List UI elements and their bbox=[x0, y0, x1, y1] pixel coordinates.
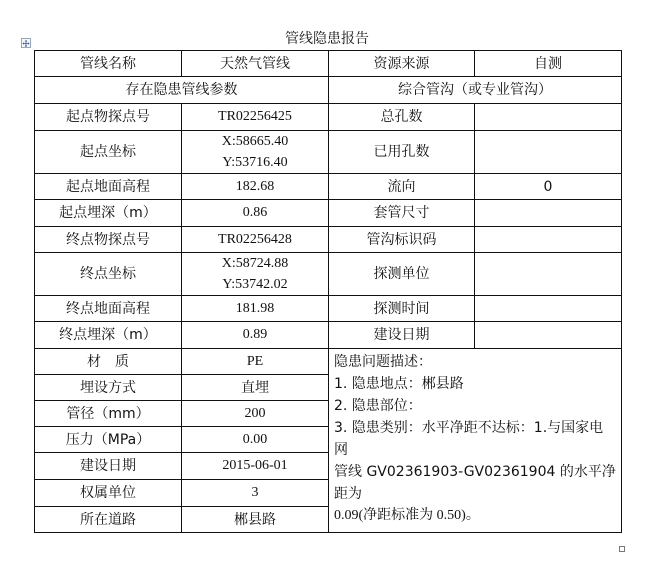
trench-build-date-value bbox=[475, 322, 622, 349]
trench-id-label: 管沟标识码 bbox=[329, 227, 475, 253]
burial-method-label: 埋设方式 bbox=[35, 375, 182, 401]
end-coord-value: X:58724.88 Y:53742.02 bbox=[182, 253, 329, 296]
trench-id-value bbox=[475, 227, 622, 253]
start-coord-x: X:58665.40 bbox=[182, 131, 328, 152]
start-elevation-label: 起点地面高程 bbox=[35, 174, 182, 200]
used-holes-label: 已用孔数 bbox=[329, 131, 475, 174]
casing-size-label: 套管尺寸 bbox=[329, 200, 475, 227]
survey-time-value bbox=[475, 296, 622, 322]
description-heading: 隐患问题描述： bbox=[334, 351, 617, 373]
end-elevation-label: 终点地面高程 bbox=[35, 296, 182, 322]
pressure-label: 压力（MPa） bbox=[35, 427, 182, 453]
start-coord-label: 起点坐标 bbox=[35, 131, 182, 174]
source-label: 资源来源 bbox=[329, 51, 475, 77]
road-value: 郴县路 bbox=[182, 507, 329, 533]
hazard-description: 隐患问题描述： 1. 隐患地点：郴县路 2. 隐患部位： 3. 隐患类别：水平净… bbox=[329, 349, 622, 533]
hazard-report-table: 管线名称 天然气管线 资源来源 自测 存在隐患管线参数 综合管沟（或专业管沟） … bbox=[34, 50, 622, 533]
table-row: 终点物探点号 TR02256428 管沟标识码 bbox=[35, 227, 622, 253]
table-row: 起点坐标 X:58665.40 Y:53716.40 已用孔数 bbox=[35, 131, 622, 174]
survey-time-label: 探测时间 bbox=[329, 296, 475, 322]
build-date-label: 建设日期 bbox=[35, 453, 182, 480]
end-coord-y: Y:53742.02 bbox=[182, 274, 328, 295]
table-row: 材 质 PE 隐患问题描述： 1. 隐患地点：郴县路 2. 隐患部位： 3. 隐… bbox=[35, 349, 622, 375]
table-row: 存在隐患管线参数 综合管沟（或专业管沟） bbox=[35, 77, 622, 104]
owner-unit-label: 权属单位 bbox=[35, 480, 182, 507]
flow-direction-label: 流向 bbox=[329, 174, 475, 200]
description-location: 1. 隐患地点：郴县路 bbox=[334, 373, 617, 395]
survey-unit-label: 探测单位 bbox=[329, 253, 475, 296]
end-depth-label: 终点埋深（m） bbox=[35, 322, 182, 349]
table-row: 起点埋深（m） 0.86 套管尺寸 bbox=[35, 200, 622, 227]
pressure-value: 0.00 bbox=[182, 427, 329, 453]
pipeline-name-value: 天然气管线 bbox=[182, 51, 329, 77]
road-label: 所在道路 bbox=[35, 507, 182, 533]
start-coord-value: X:58665.40 Y:53716.40 bbox=[182, 131, 329, 174]
end-point-id-value: TR02256428 bbox=[182, 227, 329, 253]
description-distance: 0.09(净距标准为 0.50)。 bbox=[334, 505, 617, 527]
burial-method-value: 直埋 bbox=[182, 375, 329, 401]
table-move-handle[interactable] bbox=[21, 38, 31, 48]
table-row: 管线名称 天然气管线 资源来源 自测 bbox=[35, 51, 622, 77]
table-row: 起点物探点号 TR02256425 总孔数 bbox=[35, 104, 622, 131]
start-depth-label: 起点埋深（m） bbox=[35, 200, 182, 227]
section-header-trench: 综合管沟（或专业管沟） bbox=[329, 77, 622, 104]
source-value: 自测 bbox=[475, 51, 622, 77]
table-row: 终点地面高程 181.98 探测时间 bbox=[35, 296, 622, 322]
diameter-value: 200 bbox=[182, 401, 329, 427]
description-part: 2. 隐患部位： bbox=[334, 395, 617, 417]
trench-build-date-label: 建设日期 bbox=[329, 322, 475, 349]
owner-unit-value: 3 bbox=[182, 480, 329, 507]
description-category: 3. 隐患类别：水平净距不达标：1.与国家电网 bbox=[334, 417, 617, 461]
material-label: 材 质 bbox=[35, 349, 182, 375]
survey-unit-value bbox=[475, 253, 622, 296]
document-title: 管线隐患报告 bbox=[0, 30, 654, 48]
table-row: 起点地面高程 182.68 流向 0 bbox=[35, 174, 622, 200]
table-resize-handle[interactable] bbox=[619, 546, 625, 552]
table-row: 终点坐标 X:58724.88 Y:53742.02 探测单位 bbox=[35, 253, 622, 296]
table-row: 终点埋深（m） 0.89 建设日期 bbox=[35, 322, 622, 349]
start-point-id-value: TR02256425 bbox=[182, 104, 329, 131]
build-date-value: 2015-06-01 bbox=[182, 453, 329, 480]
end-point-id-label: 终点物探点号 bbox=[35, 227, 182, 253]
total-holes-value bbox=[475, 104, 622, 131]
pipeline-name-label: 管线名称 bbox=[35, 51, 182, 77]
end-coord-label: 终点坐标 bbox=[35, 253, 182, 296]
flow-direction-value: 0 bbox=[475, 174, 622, 200]
start-coord-y: Y:53716.40 bbox=[182, 152, 328, 173]
end-coord-x: X:58724.88 bbox=[182, 253, 328, 274]
total-holes-label: 总孔数 bbox=[329, 104, 475, 131]
description-category-cont: 管线 GV02361903-GV02361904 的水平净距为 bbox=[334, 461, 617, 505]
end-elevation-value: 181.98 bbox=[182, 296, 329, 322]
end-depth-value: 0.89 bbox=[182, 322, 329, 349]
four-arrows-move-icon bbox=[22, 39, 30, 48]
used-holes-value bbox=[475, 131, 622, 174]
section-header-pipeline-params: 存在隐患管线参数 bbox=[35, 77, 329, 104]
start-point-id-label: 起点物探点号 bbox=[35, 104, 182, 131]
material-value: PE bbox=[182, 349, 329, 375]
start-elevation-value: 182.68 bbox=[182, 174, 329, 200]
casing-size-value bbox=[475, 200, 622, 227]
diameter-label: 管径（mm） bbox=[35, 401, 182, 427]
start-depth-value: 0.86 bbox=[182, 200, 329, 227]
